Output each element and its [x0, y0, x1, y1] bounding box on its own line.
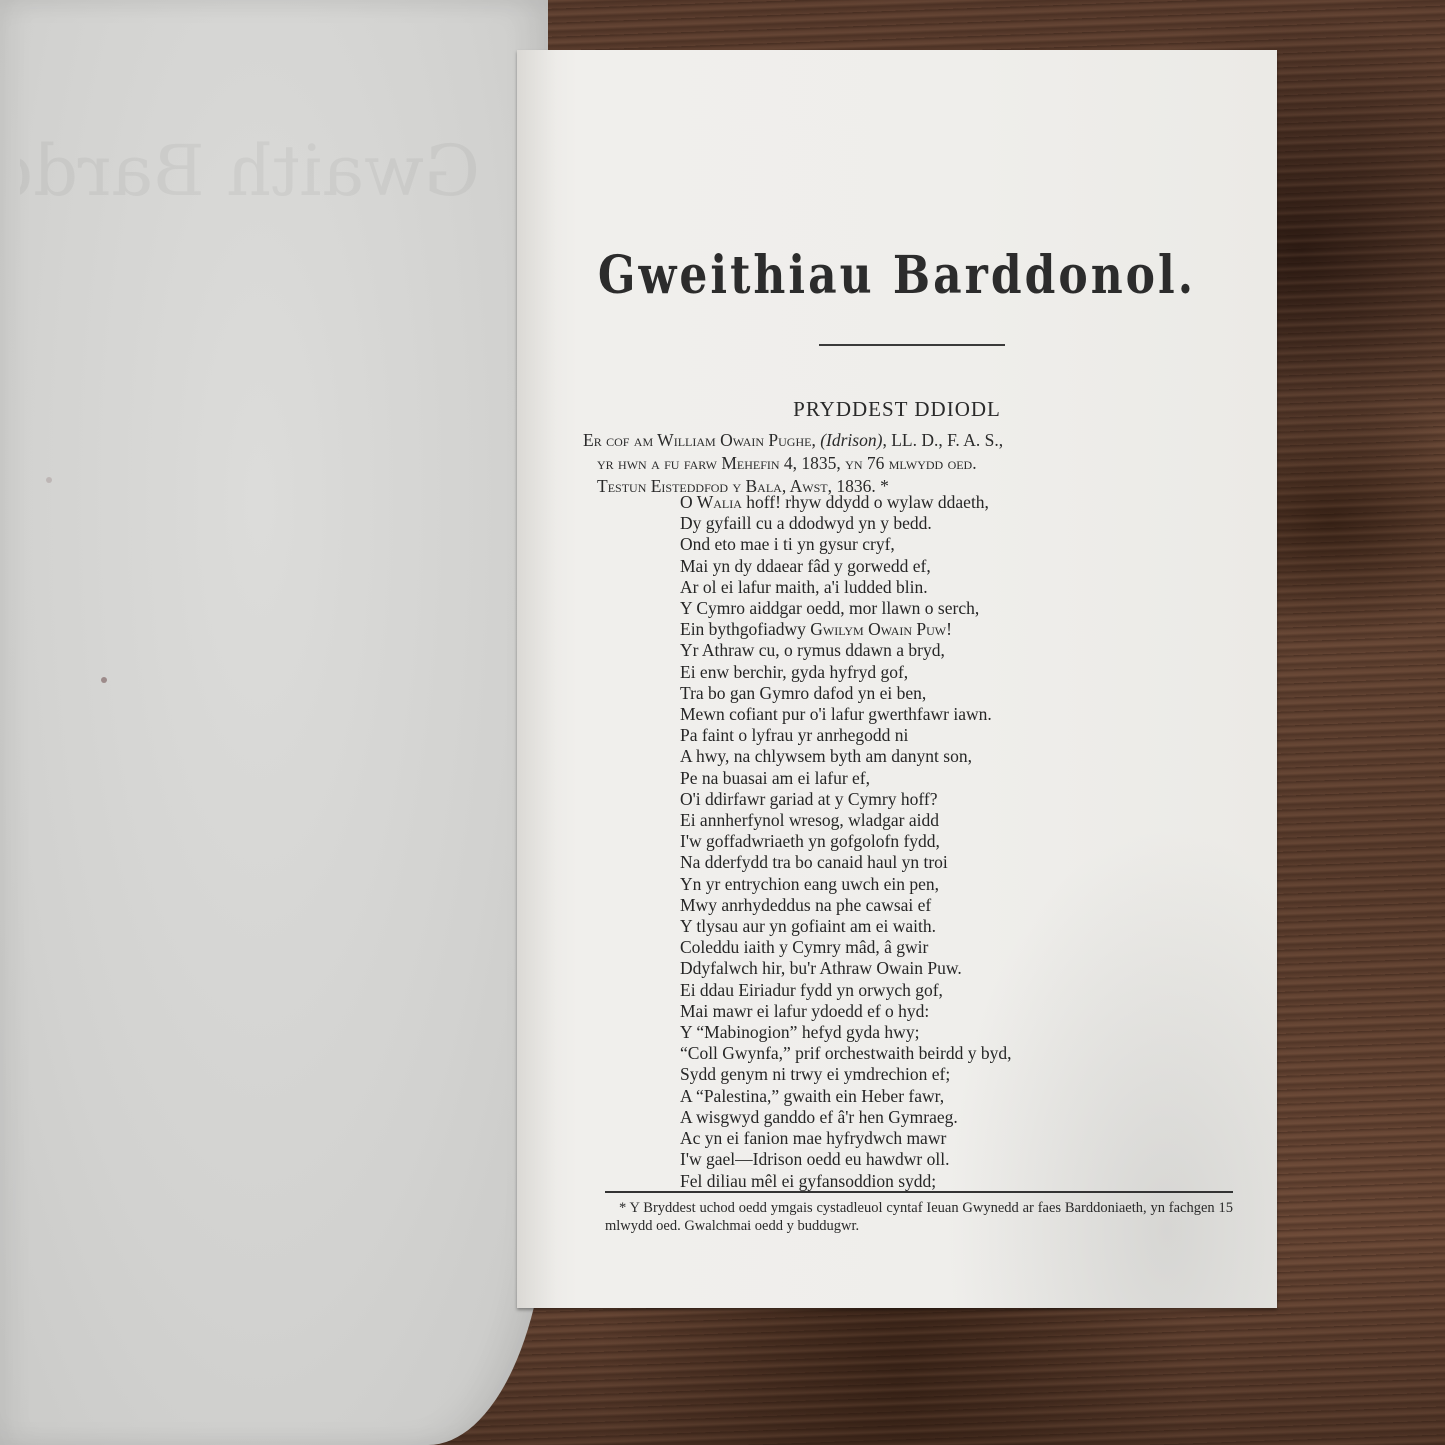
- verse-line: Mai yn dy ddaear fâd y gorwedd ef,: [680, 556, 1200, 577]
- verse-line: Yn yr entrychion eang uwch ein pen,: [680, 874, 1200, 895]
- verse-line: Mwy anrhydeddus na phe cawsai ef: [680, 895, 1200, 916]
- verse-line: “Coll Gwynfa,” prif orchestwaith beirdd …: [680, 1043, 1200, 1064]
- dedication-line-2: yr hwn a fu farw Mehefin 4, 1835, yn 76 …: [583, 452, 1243, 475]
- verse-line: Ddyfalwch hir, bu'r Athraw Owain Puw.: [680, 958, 1200, 979]
- verse-line: Ac yn ei fanion mae hyfrydwch mawr: [680, 1128, 1200, 1149]
- verse-line: A hwy, na chlywsem byth am danynt son,: [680, 746, 1200, 767]
- verse-line: Ar ol ei lafur maith, a'i ludded blin.: [680, 577, 1200, 598]
- verse-line: Na dderfydd tra bo canaid haul yn troi: [680, 852, 1200, 873]
- verse-line: Ei annherfynol wresog, wladgar aidd: [680, 810, 1200, 831]
- verse-line: Mai mawr ei lafur ydoedd ef o hyd:: [680, 1001, 1200, 1022]
- verse-line: Mewn cofiant pur o'i lafur gwerthfawr ia…: [680, 704, 1200, 725]
- verse-line: A “Palestina,” gwaith ein Heber fawr,: [680, 1086, 1200, 1107]
- verse-line: O'i ddirfawr gariad at y Cymry hoff?: [680, 789, 1200, 810]
- verse-line: Ein bythgofiadwy Gwilym Owain Puw!: [680, 619, 1200, 640]
- verse-line: Fel diliau mêl ei gyfansoddion sydd;: [680, 1171, 1200, 1192]
- verse-line: Y tlysau aur yn gofiaint am ei waith.: [680, 916, 1200, 937]
- title-divider: [819, 344, 1005, 346]
- verse-line: Ei enw berchir, gyda hyfryd gof,: [680, 662, 1200, 683]
- verse-line: Y Cymro aiddgar oedd, mor llawn o serch,: [680, 598, 1200, 619]
- footnote-text: * Y Bryddest uchod oedd ymgais cystadleu…: [605, 1199, 1233, 1235]
- paper-speck: [46, 477, 52, 483]
- section-heading: PRYDDEST DDIODL: [517, 397, 1277, 422]
- paper-speck: [101, 677, 107, 683]
- verse-line: Ond eto mae i ti yn gysur cryf,: [680, 534, 1200, 555]
- verse-line: O Walia hoff! rhyw ddydd o wylaw ddaeth,: [680, 492, 1200, 513]
- verse-line: A wisgwyd ganddo ef â'r hen Gymraeg.: [680, 1107, 1200, 1128]
- verse-line: Tra bo gan Gymro dafod yn ei ben,: [680, 683, 1200, 704]
- verse-line: Dy gyfaill cu a ddodwyd yn y bedd.: [680, 513, 1200, 534]
- show-through-text: Gwaith Barddonol: [20, 130, 480, 290]
- verse-line: Ei ddau Eiriadur fydd yn orwych gof,: [680, 980, 1200, 1001]
- left-page: Gwaith Barddonol: [0, 0, 548, 1445]
- page-title: Gweithiau Barddonol.: [517, 245, 1277, 306]
- pseudonym: (Idrison): [820, 430, 882, 450]
- verse-line: Pa faint o lyfrau yr anrhegodd ni: [680, 725, 1200, 746]
- verse-line: Y “Mabinogion” hefyd gyda hwy;: [680, 1022, 1200, 1043]
- footnote: * Y Bryddest uchod oedd ymgais cystadleu…: [605, 1199, 1233, 1235]
- verse-line: Coleddu iaith y Cymry mâd, â gwir: [680, 937, 1200, 958]
- footnote-divider: [605, 1191, 1233, 1193]
- right-page: Gweithiau Barddonol. PRYDDEST DDIODL Er …: [517, 50, 1277, 1308]
- verse-line: I'w goffadwriaeth yn gofgolofn fydd,: [680, 831, 1200, 852]
- verse-line: I'w gael—Idrison oedd eu hawdwr oll.: [680, 1149, 1200, 1170]
- dedication: Er cof am William Owain Pughe, (Idrison)…: [583, 429, 1243, 498]
- dedication-line-1: Er cof am William Owain Pughe, (Idrison)…: [583, 429, 1243, 452]
- gutter-shadow: [517, 50, 557, 1308]
- verse-line: Yr Athraw cu, o rymus ddawn a bryd,: [680, 640, 1200, 661]
- verse-line: Sydd genym ni trwy ei ymdrechion ef;: [680, 1064, 1200, 1085]
- poem-body: O Walia hoff! rhyw ddydd o wylaw ddaeth,…: [680, 492, 1200, 1192]
- verse-line: Pe na buasai am ei lafur ef,: [680, 768, 1200, 789]
